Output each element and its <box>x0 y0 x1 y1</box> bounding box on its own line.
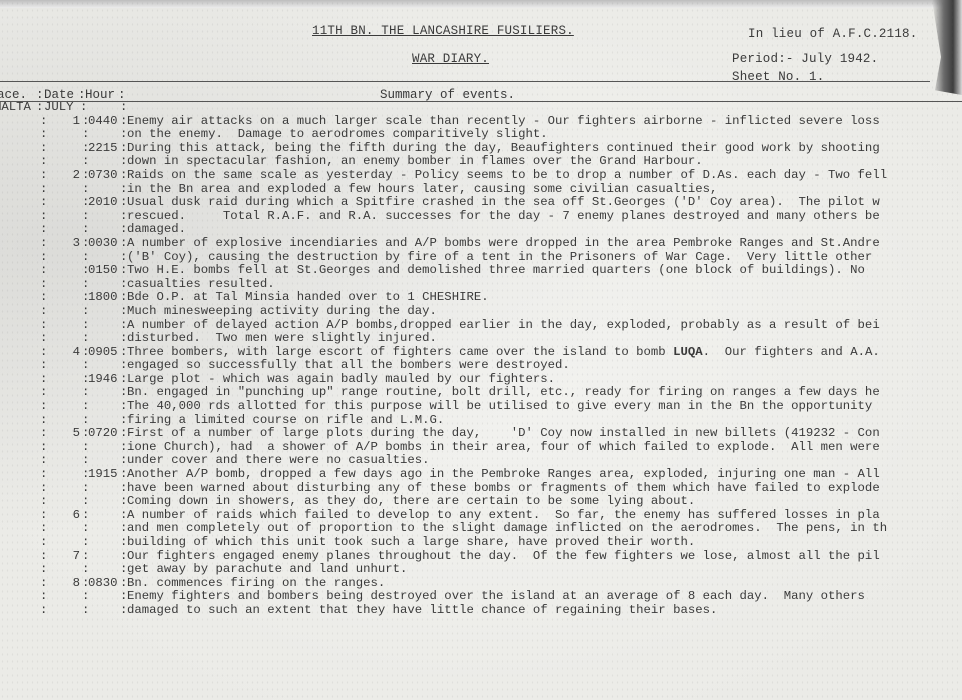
unit-title: 11TH BN. THE LANCASHIRE FUSILIERS. <box>312 24 574 38</box>
diary-line: : : : on the enemy. Damage to aerodromes… <box>0 128 962 142</box>
col-sep: : <box>40 386 47 400</box>
summary-text: Usual dusk raid during which a Spitfire … <box>127 196 880 210</box>
col-sep: : <box>40 454 47 468</box>
diary-line: : : : get away by parachute and land unh… <box>0 563 962 577</box>
col-sep: : <box>40 155 47 169</box>
hour-cell: 2215 <box>88 142 118 156</box>
diary-line: : : : damaged. <box>0 223 962 237</box>
date-cell: 2 <box>56 169 80 183</box>
diary-line: : 8 : 0830 : Bn. commences firing on the… <box>0 577 962 591</box>
diary-line: : 6 : : A number of raids which failed t… <box>0 509 962 523</box>
hour-cell: 0440 <box>88 115 118 129</box>
col-sep: : <box>40 183 47 197</box>
col-sep: : <box>40 291 47 305</box>
col-sep: : <box>40 468 47 482</box>
col-sep: : <box>82 522 89 536</box>
diary-line: : : : firing a limited course on rifle a… <box>0 414 962 428</box>
diary-title: WAR DIARY. <box>412 52 489 66</box>
hour-cell: 0150 <box>88 264 118 278</box>
summary-text: and men completely out of proportion to … <box>127 522 887 536</box>
summary-text: down in spectacular fashion, an enemy bo… <box>127 155 703 169</box>
col-sep: : <box>82 482 89 496</box>
war-diary-page: 11TH BN. THE LANCASHIRE FUSILIERS. In li… <box>0 0 962 700</box>
col-sep: : <box>40 210 47 224</box>
col-sep: : <box>40 128 47 142</box>
col-sep: : <box>40 400 47 414</box>
date-cell: 6 <box>56 509 80 523</box>
diary-line: : : : Coming down in showers, as they do… <box>0 495 962 509</box>
summary-text: A number of delayed action A/P bombs,dro… <box>127 319 880 333</box>
diary-line: : : : disturbed. Two men were slightly i… <box>0 332 962 346</box>
summary-text: under cover and there were no casualties… <box>127 454 430 468</box>
summary-text: A number of raids which failed to develo… <box>127 509 880 523</box>
summary-text: Raids on the same scale as yesterday - P… <box>127 169 887 183</box>
summary-text: casualties resulted. <box>127 278 275 292</box>
diary-line: : : 1946 : Large plot - which was again … <box>0 373 962 387</box>
diary-line: : : 2215 : During this attack, being the… <box>0 142 962 156</box>
summary-text: damaged. <box>127 223 186 237</box>
summary-text: Our fighters engaged enemy planes throug… <box>127 550 880 564</box>
hour-cell: 1800 <box>88 291 118 305</box>
col-sep: : <box>82 210 89 224</box>
diary-line: : : : Bn. engaged in "punching up" range… <box>0 386 962 400</box>
col-sep: : <box>82 400 89 414</box>
summary-text: rescued. Total R.A.F. and R.A. successes… <box>127 210 880 224</box>
diary-line: : : : engaged so successfully that all t… <box>0 359 962 373</box>
col-sep: : <box>40 319 47 333</box>
col-sep: : <box>82 590 89 604</box>
diary-line: : 4 : 0905 : Three bombers, with large e… <box>0 346 962 360</box>
col-sep: : <box>40 142 47 156</box>
col-sep: : <box>82 278 89 292</box>
diary-line: : : : A number of delayed action A/P bom… <box>0 319 962 333</box>
date-cell: 1 <box>56 115 80 129</box>
diary-line: : 3 : 0030 : A number of explosive incen… <box>0 237 962 251</box>
col-sep: : <box>82 251 89 265</box>
hour-cell: 1946 <box>88 373 118 387</box>
summary-text: Bn. engaged in "punching up" range routi… <box>127 386 880 400</box>
col-sep: : <box>40 346 47 360</box>
diary-line: : : : damaged to such an extent that the… <box>0 604 962 618</box>
col-sep: : <box>82 223 89 237</box>
col-sep: : <box>82 386 89 400</box>
col-sep: : <box>40 563 47 577</box>
diary-line: : : : ione Church), had a shower of A/P … <box>0 441 962 455</box>
diary-line: : : : down in spectacular fashion, an en… <box>0 155 962 169</box>
hour-cell: 1915 <box>88 468 118 482</box>
col-sep: : <box>120 101 127 115</box>
hour-cell: 0905 <box>88 346 118 360</box>
summary-text: on the enemy. Damage to aerodromes compa… <box>127 128 548 142</box>
diary-line: : : 1800 : Bde O.P. at Tal Minsia handed… <box>0 291 962 305</box>
hour-cell: 0720 <box>88 427 118 441</box>
hour-cell: 0730 <box>88 169 118 183</box>
col-sep: : <box>40 332 47 346</box>
diary-line: : : 0150 : Two H.E. bombs fell at St.Geo… <box>0 264 962 278</box>
col-sep: : <box>82 155 89 169</box>
summary-text: firing a limited course on rifle and L.M… <box>127 414 444 428</box>
col-sep: : <box>82 550 89 564</box>
period: Period:- July 1942. <box>732 52 878 66</box>
diary-line: : : : Much minesweeping activity during … <box>0 305 962 319</box>
col-sep: : <box>40 223 47 237</box>
col-sep: : <box>80 101 87 115</box>
summary-text: Bn. commences firing on the ranges. <box>127 577 385 591</box>
col-sep: : <box>40 359 47 373</box>
diary-line: : : : building of which this unit took s… <box>0 536 962 550</box>
summary-text: The 40,000 rds allotted for this purpose… <box>127 400 872 414</box>
summary-text: Enemy air attacks on a much larger scale… <box>127 115 880 129</box>
diary-entries: MALTA : JULY : : : 1 : 0440 : Enemy air … <box>0 100 962 618</box>
summary-text: Enemy fighters and bombers being destroy… <box>127 590 865 604</box>
col-sep: : <box>40 427 47 441</box>
diary-line: : : : Enemy fighters and bombers being d… <box>0 590 962 604</box>
torn-corner <box>932 0 962 95</box>
summary-text: Another A/P bomb, dropped a few days ago… <box>127 468 880 482</box>
col-sep: : <box>40 590 47 604</box>
col-sep: : <box>40 251 47 265</box>
entry-list: : 1 : 0440 : Enemy air attacks on a much… <box>0 115 962 618</box>
summary-text: During this attack, being the fifth duri… <box>127 142 880 156</box>
summary-text: ione Church), had a shower of A/P bombs … <box>127 441 880 455</box>
col-sep: : <box>36 101 43 115</box>
col-sep: : <box>82 454 89 468</box>
diary-line: : : : and men completely out of proporti… <box>0 522 962 536</box>
col-sep: : <box>40 482 47 496</box>
summary-text: ('B' Coy), causing the destruction by fi… <box>127 251 872 265</box>
scan-top-shadow <box>0 0 962 8</box>
col-sep: : <box>40 522 47 536</box>
col-sep: : <box>82 563 89 577</box>
diary-line: : 5 : 0720 : First of a number of large … <box>0 427 962 441</box>
summary-text: Three bombers, with large escort of figh… <box>127 346 880 360</box>
hour-cell: 0830 <box>88 577 118 591</box>
diary-line: : : 2010 : Usual dusk raid during which … <box>0 196 962 210</box>
summary-text: First of a number of large plots during … <box>127 427 880 441</box>
date-cell: 5 <box>56 427 80 441</box>
diary-line: : : 1915 : Another A/P bomb, dropped a f… <box>0 468 962 482</box>
col-sep: : <box>40 264 47 278</box>
col-sep: : <box>82 319 89 333</box>
col-sep: : <box>82 604 89 618</box>
date-cell: 4 <box>56 346 80 360</box>
place-name-luqa: LUQA <box>673 346 703 359</box>
diary-line: : : : have been warned about disturbing … <box>0 482 962 496</box>
col-sep: : <box>82 128 89 142</box>
col-sep: : <box>40 604 47 618</box>
col-sep: : <box>82 495 89 509</box>
col-sep: : <box>40 373 47 387</box>
col-sep: : <box>82 305 89 319</box>
col-sep: : <box>40 169 47 183</box>
hour-cell: 0030 <box>88 237 118 251</box>
diary-line: : 2 : 0730 : Raids on the same scale as … <box>0 169 962 183</box>
date-cell: 3 <box>56 237 80 251</box>
summary-text: A number of explosive incendiaries and A… <box>127 237 880 251</box>
diary-line: : : : The 40,000 rds allotted for this p… <box>0 400 962 414</box>
month-cell: JULY <box>44 101 74 115</box>
hour-cell: 2010 <box>88 196 118 210</box>
summary-text: damaged to such an extent that they have… <box>127 604 717 618</box>
summary-text: disturbed. Two men were slightly injured… <box>127 332 437 346</box>
col-sep: : <box>40 305 47 319</box>
diary-line: : : : in the Bn area and exploded a few … <box>0 183 962 197</box>
diary-line: : : : rescued. Total R.A.F. and R.A. suc… <box>0 210 962 224</box>
summary-text: Coming down in showers, as they do, ther… <box>127 495 695 509</box>
col-sep: : <box>82 359 89 373</box>
col-sep: : <box>40 495 47 509</box>
col-sep: : <box>40 441 47 455</box>
summary-text: Much minesweeping activity during the da… <box>127 305 437 319</box>
col-sep: : <box>40 237 47 251</box>
summary-text: engaged so successfully that all the bom… <box>127 359 570 373</box>
diary-line: : 1 : 0440 : Enemy air attacks on a much… <box>0 115 962 129</box>
summary-text: in the Bn area and exploded a few hours … <box>127 183 717 197</box>
date-cell: 8 <box>56 577 80 591</box>
col-sep: : <box>82 183 89 197</box>
col-sep: : <box>82 536 89 550</box>
summary-text: Two H.E. bombs fell at St.Georges and de… <box>127 264 865 278</box>
col-sep: : <box>40 509 47 523</box>
col-sep: : <box>82 414 89 428</box>
col-sep: : <box>40 414 47 428</box>
header-rule-top <box>0 81 930 82</box>
month-row: MALTA : JULY : : <box>0 101 962 115</box>
date-cell: 7 <box>56 550 80 564</box>
col-sep: : <box>40 115 47 129</box>
summary-text: Bde O.P. at Tal Minsia handed over to 1 … <box>127 291 489 305</box>
diary-line: : : : casualties resulted. <box>0 278 962 292</box>
summary-text: Large plot - which was again badly maule… <box>127 373 555 387</box>
col-sep: : <box>40 536 47 550</box>
col-sep: : <box>82 509 89 523</box>
summary-text: building of which this unit took such a … <box>127 536 695 550</box>
col-sep: : <box>82 441 89 455</box>
form-reference: In lieu of A.F.C.2118. <box>748 27 917 41</box>
col-sep: : <box>40 196 47 210</box>
col-sep: : <box>40 577 47 591</box>
diary-line: : 7 : : Our fighters engaged enemy plane… <box>0 550 962 564</box>
diary-line: : : : under cover and there were no casu… <box>0 454 962 468</box>
col-sep: : <box>40 278 47 292</box>
col-sep: : <box>82 332 89 346</box>
summary-text: have been warned about disturbing any of… <box>127 482 880 496</box>
diary-line: : : : ('B' Coy), causing the destruction… <box>0 251 962 265</box>
summary-text: get away by parachute and land unhurt. <box>127 563 407 577</box>
place-cell: MALTA <box>0 101 31 115</box>
col-sep: : <box>40 550 47 564</box>
